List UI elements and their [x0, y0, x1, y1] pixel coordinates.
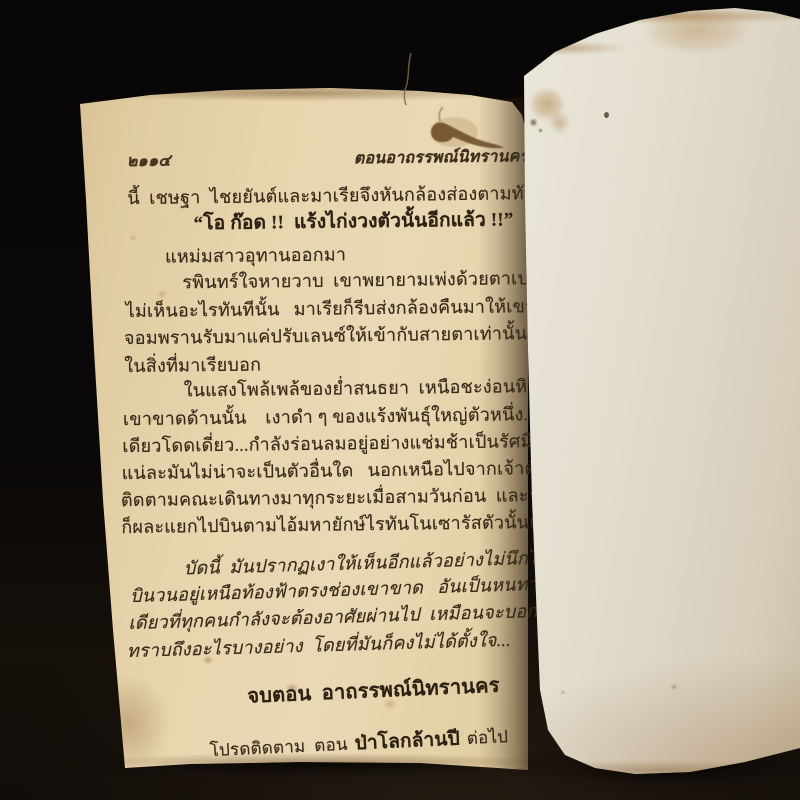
dark-speck: [604, 112, 609, 118]
teaser-suffix: ต่อไป: [466, 727, 508, 748]
body-line: ไม่เห็นอะไรทันทีนั้น มาเรียก็รีบส่งกล้อง…: [126, 295, 595, 321]
body-line: ติดตามคณะเดินทางมาทุกระยะเมื่อสามวันก่อน…: [121, 484, 602, 510]
foxing-stain: [527, 86, 577, 138]
teaser-prefix: โปรดติดตาม ตอน: [209, 735, 348, 760]
chapter-end-line: จบตอน อาถรรพณ์นิทรานคร: [247, 676, 500, 707]
body-line: เขาขาดด้านนั้น เงาดำ ๆ ของแร้งพันธุ์ใหญ่…: [123, 404, 565, 429]
body-line: ในสิ่งที่มาเรียบอก: [124, 354, 261, 376]
running-header: ตอนอาถรรพณ์นิทรานคร: [354, 147, 529, 169]
foxing-speck: [538, 128, 543, 133]
page-number: ๒๑๑๔: [127, 152, 171, 173]
italic-line: ทราบถึงอะไรบางอย่าง โดยที่มันก็คงไม่ได้ต…: [127, 630, 511, 661]
body-line: เดียวโดดเดี่ยว...กำลังร่อนลมอยู่อย่างแช่…: [122, 431, 586, 457]
body-line: นี้ เชษฐา ไชยยันต์และมาเรียจึงหันกล้องส่…: [127, 183, 548, 208]
body-line: ก็ผละแยกไปบินตามไอ้มหายักษ์ไรทันโนเซารัส…: [121, 512, 565, 537]
foxing-speck: [560, 690, 566, 695]
next-chapter-teaser: โปรดติดตาม ตอนป่าโลกล้านปีต่อไป: [182, 707, 510, 782]
body-line: แน่ละมันไม่น่าจะเป็นตัวอื่นใด นอกเหนือไป…: [122, 458, 583, 484]
foxing-speck: [529, 118, 538, 127]
exclamation-line: “โอ ก๊อด !! แร้งไก่งวงตัวนั้นอีกแล้ว !!”: [193, 210, 513, 234]
book-photo-scene: ๒๑๑๔ ตอนอาถรรพณ์นิทรานคร นี้ เชษฐา ไชยยั…: [0, 0, 800, 800]
foxing-speck: [670, 684, 678, 690]
italic-line: เดียวที่ทุกคนกำลังจะต้องอาศัยผ่านไป เหมื…: [128, 600, 579, 633]
next-chapter-title: ป่าโลกล้านปี: [354, 728, 460, 754]
body-line: แหม่มสาวอุทานออกมา: [165, 244, 346, 266]
